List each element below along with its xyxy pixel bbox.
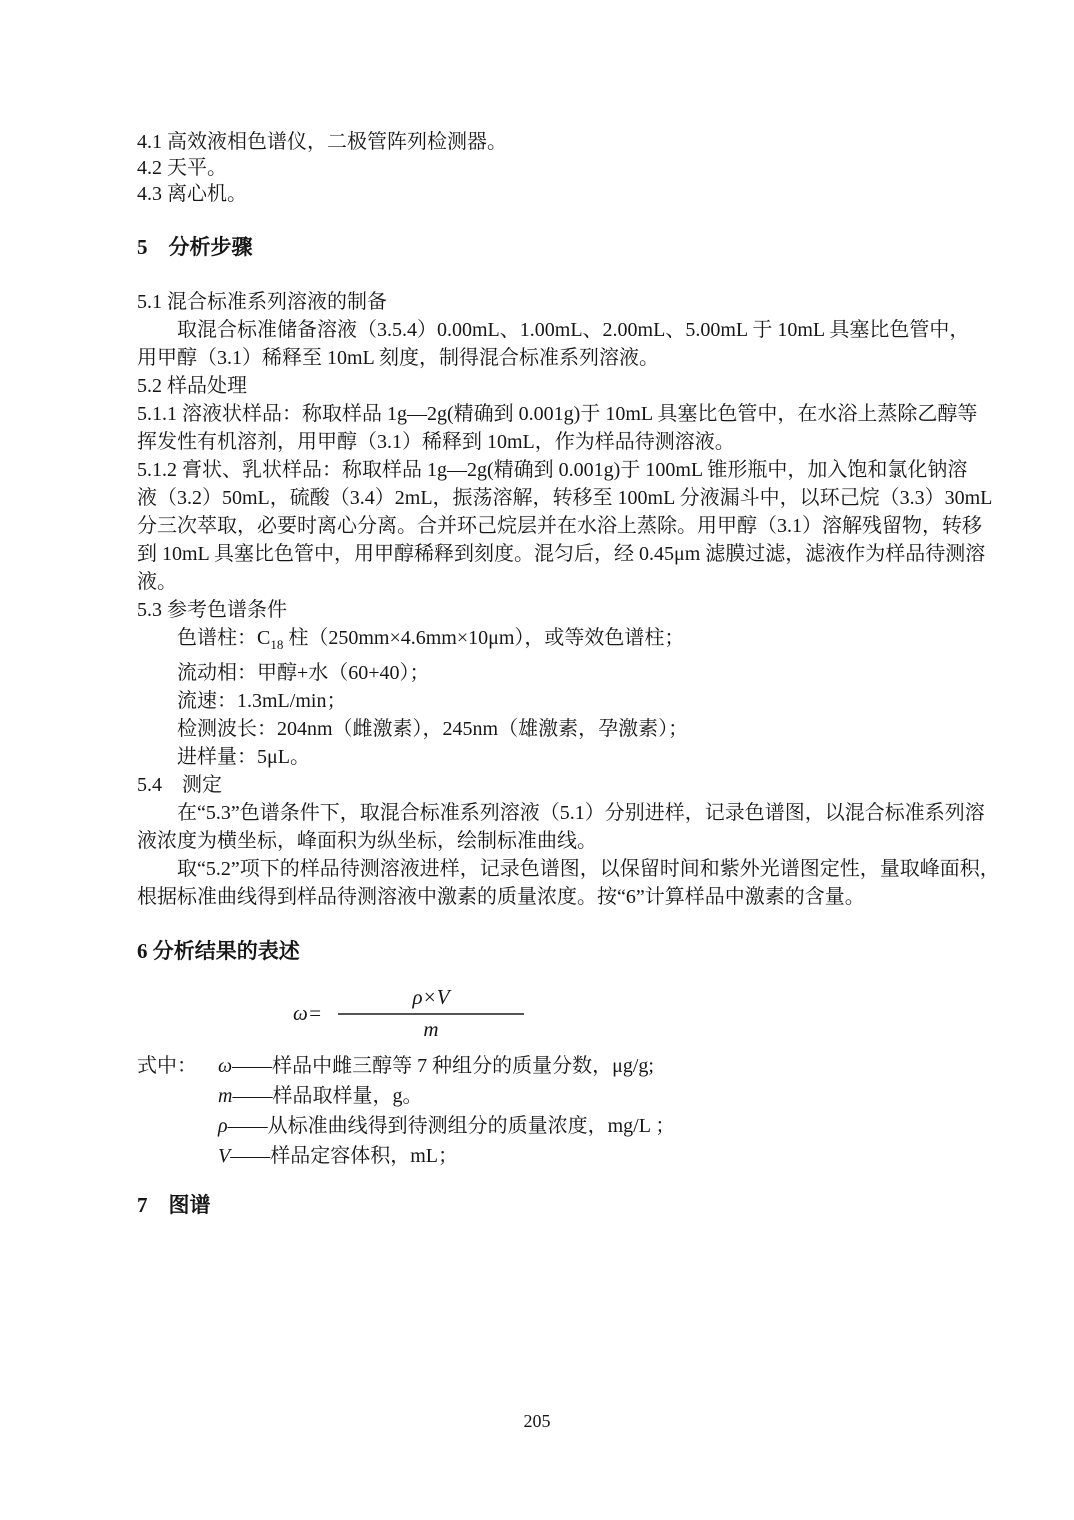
text-line: 液浓度为横坐标，峰面积为纵坐标，绘制标准曲线。 xyxy=(137,827,949,855)
text-line: 进样量：5μL。 xyxy=(137,743,949,771)
legend-label xyxy=(137,1141,218,1171)
legend-row-v: V ——样品定容体积，mL； xyxy=(137,1141,949,1171)
text-line: 液。 xyxy=(137,568,949,596)
text-line: 液（3.2）50mL，硫酸（3.4）2mL，振荡溶解，转移至 100mL 分液漏… xyxy=(137,484,949,512)
document-page: 4.1 高效液相色谱仪，二极管阵列检测器。4.2 天平。4.3 离心机。 5 分… xyxy=(0,0,1074,1520)
page-number: 205 xyxy=(0,1408,1074,1434)
legend-row-m: m ——样品取样量，g。 xyxy=(137,1081,949,1111)
text-line: 5.1 混合标准系列溶液的制备 xyxy=(137,288,949,316)
legend-variable: ρ xyxy=(218,1111,228,1141)
legend-variable: ω xyxy=(218,1051,232,1081)
text-line: 5.1.2 膏状、乳状样品：称取样品 1g—2g(精确到 0.001g)于 10… xyxy=(137,456,949,484)
formula-numerator: ρ×V xyxy=(338,985,524,1015)
legend-row-rho: ρ ——从标准曲线得到待测组分的质量浓度，mg/L ； xyxy=(137,1111,949,1141)
legend-label: 式中： xyxy=(137,1051,218,1081)
formula-lhs: ω= xyxy=(293,1001,322,1026)
text-line: 4.3 离心机。 xyxy=(137,181,949,207)
text-line: 取“5.2”项下的样品待测溶液进样，记录色谱图，以保留时间和紫外光谱图定性，量取… xyxy=(137,855,949,883)
legend-text: ——样品定容体积，mL； xyxy=(230,1141,458,1171)
text-line: 5.4 测定 xyxy=(137,771,949,799)
text-line: 5.1.1 溶液状样品：称取样品 1g—2g(精确到 0.001g)于 10mL… xyxy=(137,400,949,428)
text-line: 到 10mL 具塞比色管中，用甲醇稀释到刻度。混匀后，经 0.45μm 滤膜过滤… xyxy=(137,540,949,568)
legend-row-omega: 式中： ω ——样品中雌三醇等 7 种组分的质量分数，μg/g; xyxy=(137,1051,949,1081)
document-content: 4.1 高效液相色谱仪，二极管阵列检测器。4.2 天平。4.3 离心机。 5 分… xyxy=(137,129,949,1219)
legend-text: ——从标准曲线得到待测组分的质量浓度，mg/L ； xyxy=(228,1111,676,1141)
text-line: 用甲醇（3.1）稀释至 10mL 刻度，制得混合标准系列溶液。 xyxy=(137,344,949,372)
legend-label xyxy=(137,1111,218,1141)
legend-text: ——样品取样量，g。 xyxy=(232,1081,422,1111)
formula-denominator: m xyxy=(423,1015,438,1041)
formula-legend: 式中： ω ——样品中雌三醇等 7 种组分的质量分数，μg/g; m ——样品取… xyxy=(137,1051,949,1171)
section-4-apparatus-list: 4.1 高效液相色谱仪，二极管阵列检测器。4.2 天平。4.3 离心机。 xyxy=(137,129,949,207)
legend-variable: V xyxy=(218,1141,230,1171)
mass-fraction-formula: ω= ρ×V m xyxy=(293,985,949,1041)
section-5-body: 5.1 混合标准系列溶液的制备取混合标准储备溶液（3.5.4）0.00mL、1.… xyxy=(137,288,949,911)
text-line: 4.2 天平。 xyxy=(137,155,949,181)
text-line: 色谱柱：C18 柱（250mm×4.6mm×10μm），或等效色谱柱； xyxy=(137,624,949,659)
text-line: 流速：1.3mL/min； xyxy=(137,687,949,715)
section-5-heading: 5 分析步骤 xyxy=(137,233,949,261)
text-line: 5.2 样品处理 xyxy=(137,372,949,400)
text-line: 4.1 高效液相色谱仪，二极管阵列检测器。 xyxy=(137,129,949,155)
text-line: 流动相：甲醇+水（60+40）； xyxy=(137,659,949,687)
text-line: 检测波长：204nm（雌激素），245nm（雄激素，孕激素）； xyxy=(137,715,949,743)
legend-label xyxy=(137,1081,218,1111)
text-line: 分三次萃取，必要时离心分离。合并环己烷层并在水浴上蒸除。用甲醇（3.1）溶解残留… xyxy=(137,512,949,540)
text-line: 在“5.3”色谱条件下，取混合标准系列溶液（5.1）分别进样，记录色谱图，以混合… xyxy=(137,799,949,827)
formula-fraction: ρ×V m xyxy=(338,985,524,1041)
legend-text: ——样品中雌三醇等 7 种组分的质量分数，μg/g; xyxy=(232,1051,654,1081)
text-line: 取混合标准储备溶液（3.5.4）0.00mL、1.00mL、2.00mL、5.0… xyxy=(137,316,949,344)
section-6-heading: 6 分析结果的表述 xyxy=(137,937,949,965)
text-line: 5.3 参考色谱条件 xyxy=(137,596,949,624)
legend-variable: m xyxy=(218,1081,232,1111)
section-7-heading: 7 图谱 xyxy=(137,1191,949,1219)
text-line: 根据标准曲线得到样品待测溶液中激素的质量浓度。按“6”计算样品中激素的含量。 xyxy=(137,883,949,911)
text-line: 挥发性有机溶剂，用甲醇（3.1）稀释到 10mL，作为样品待测溶液。 xyxy=(137,428,949,456)
